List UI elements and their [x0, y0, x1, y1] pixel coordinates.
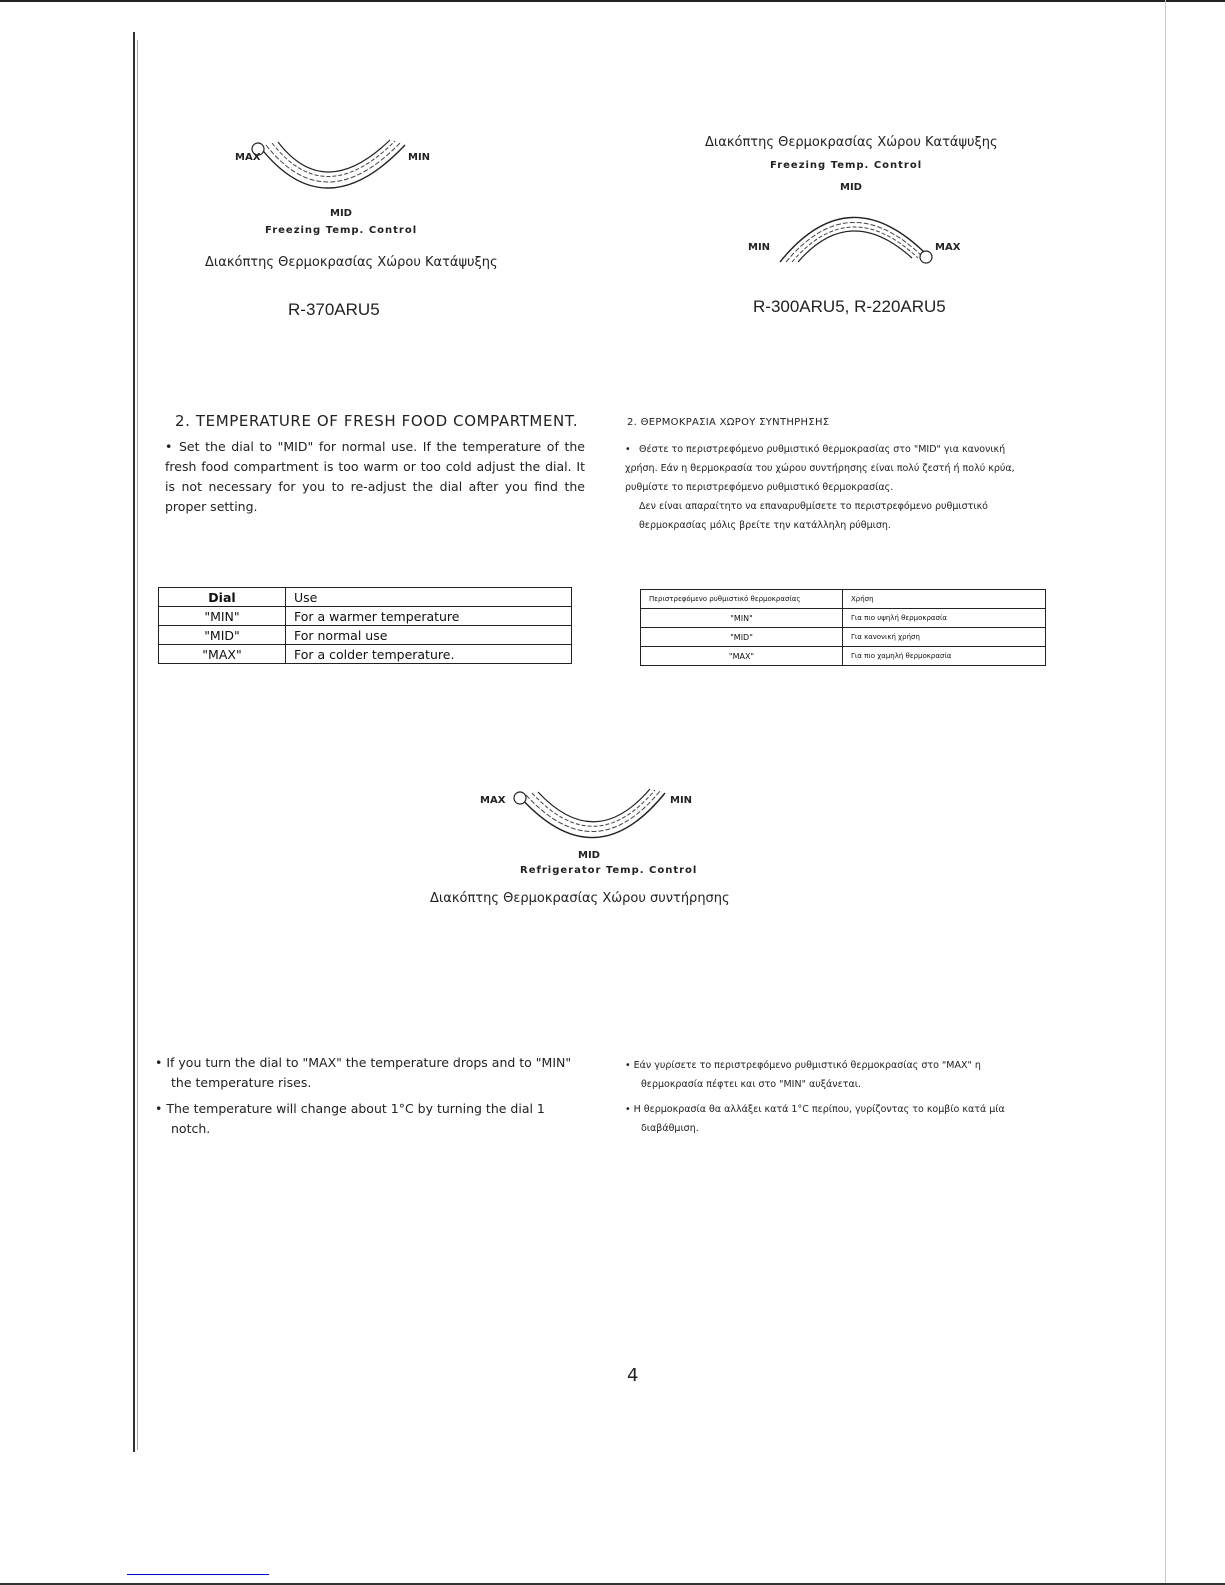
table-cell: "MIN" — [641, 609, 843, 628]
dial-caption-gr: Διακόπτης Θερμοκρασίας Χώρου συντήρησης — [430, 891, 730, 906]
table-cell: "MAX" — [641, 647, 843, 666]
section-paragraph-en: •Set the dial to "MID" for normal use. I… — [165, 437, 585, 517]
model-name: R-300ARU5, R-220ARU5 — [753, 297, 946, 317]
viewer-link-underline — [127, 1574, 269, 1575]
section-heading-gr: 2. ΘΕΡΜΟΚΡΑΣΙΑ ΧΩΡΟΥ ΣΥΝΤΗΡΗΣΗΣ — [627, 417, 829, 428]
dial-arc-icon — [190, 135, 530, 225]
scan-top-border — [0, 0, 1225, 2]
table-cell: Για πιο χαμηλή θερμοκρασία — [843, 647, 1046, 666]
dial-arc-icon — [690, 190, 1030, 270]
bullet-icon: • — [165, 437, 179, 457]
model-name: R-370ARU5 — [288, 300, 380, 320]
table-cell: "MAX" — [159, 645, 286, 664]
dial-label-min: MIN — [408, 152, 430, 163]
table-cell: For normal use — [286, 626, 572, 645]
section-paragraph-gr: •Θέστε το περιστρεφόμενο ρυθμιστικό θερμ… — [625, 440, 1040, 535]
table-cell: For a warmer temperature — [286, 607, 572, 626]
dial-caption-gr: Διακόπτης Θερμοκρασίας Χώρου Κατάψυξης — [705, 135, 998, 150]
table-cell: Για κανονική χρήση — [843, 628, 1046, 647]
dial-label-min: MIN — [748, 242, 770, 253]
table-header-row: Περιστρεφόμενο ρυθμιστικό θερμοκρασίας Χ… — [641, 590, 1046, 609]
table-row: "MAX" Για πιο χαμηλή θερμοκρασία — [641, 647, 1046, 666]
page-number: 4 — [627, 1365, 638, 1386]
table-cell: "MID" — [641, 628, 843, 647]
scan-left-border-inner — [137, 40, 138, 1450]
table-row: "MID" For normal use — [159, 626, 572, 645]
note-item: • Η θερμοκρασία θα αλλάξει κατά 1°C περί… — [625, 1100, 1045, 1138]
table-row: "MAX" For a colder temperature. — [159, 645, 572, 664]
dial-caption-gr: Διακόπτης Θερμοκρασίας Χώρου Κατάψυξης — [205, 255, 498, 270]
table-header-cell: Use — [286, 588, 572, 607]
table-header-cell: Dial — [159, 588, 286, 607]
section-heading-en: 2. TEMPERATURE OF FRESH FOOD COMPARTMENT… — [175, 412, 578, 430]
notes-en: • If you turn the dial to "MAX" the temp… — [155, 1053, 580, 1145]
notes-gr: • Εάν γυρίσετε το περιστρεφόμενο ρυθμιστ… — [625, 1056, 1045, 1144]
table-cell: "MIN" — [159, 607, 286, 626]
table-header-cell: Περιστρεφόμενο ρυθμιστικό θερμοκρασίας — [641, 590, 843, 609]
table-row: "MIN" Για πιο υψηλή θερμοκρασία — [641, 609, 1046, 628]
table-row: "MIN" For a warmer temperature — [159, 607, 572, 626]
dial-use-table-en: Dial Use "MIN" For a warmer temperature … — [158, 587, 572, 664]
freezer-dial-r370: MAX MIN MID Freezing Temp. Control Διακό… — [190, 135, 530, 325]
table-cell: For a colder temperature. — [286, 645, 572, 664]
table-row: "MID" Για κανονική χρήση — [641, 628, 1046, 647]
scan-right-border — [1165, 0, 1166, 1585]
bullet-icon: • — [625, 440, 639, 459]
dial-label-min: MIN — [670, 795, 692, 806]
note-item: • If you turn the dial to "MAX" the temp… — [155, 1053, 580, 1093]
note-item: • The temperature will change about 1°C … — [155, 1099, 580, 1139]
paragraph-text-2: Δεν είναι απαραίτητο να επαναρυθμίσετε τ… — [625, 497, 1040, 535]
dial-label-max: MAX — [935, 242, 960, 253]
dial-caption-en: Refrigerator Temp. Control — [520, 865, 697, 876]
refrigerator-dial: MAX MIN MID Refrigerator Temp. Control Δ… — [420, 785, 760, 915]
paragraph-text: Θέστε το περιστρεφόμενο ρυθμιστικό θερμο… — [625, 444, 1015, 493]
table-header-cell: Χρήση — [843, 590, 1046, 609]
dial-use-table-gr: Περιστρεφόμενο ρυθμιστικό θερμοκρασίας Χ… — [640, 589, 1046, 666]
freezer-dial-r300: Διακόπτης Θερμοκρασίας Χώρου Κατάψυξης F… — [690, 130, 1030, 330]
dial-caption-en: Freezing Temp. Control — [265, 225, 417, 236]
paragraph-text: Set the dial to "MID" for normal use. If… — [165, 439, 585, 514]
scan-left-border — [133, 32, 135, 1452]
dial-label-mid: MID — [578, 850, 600, 861]
table-cell: Για πιο υψηλή θερμοκρασία — [843, 609, 1046, 628]
dial-label-max: MAX — [480, 795, 505, 806]
dial-caption-en: Freezing Temp. Control — [770, 160, 922, 171]
table-header-row: Dial Use — [159, 588, 572, 607]
dial-label-max: MAX — [235, 152, 260, 163]
note-item: • Εάν γυρίσετε το περιστρεφόμενο ρυθμιστ… — [625, 1056, 1045, 1094]
dial-label-mid: MID — [330, 208, 352, 219]
table-cell: "MID" — [159, 626, 286, 645]
